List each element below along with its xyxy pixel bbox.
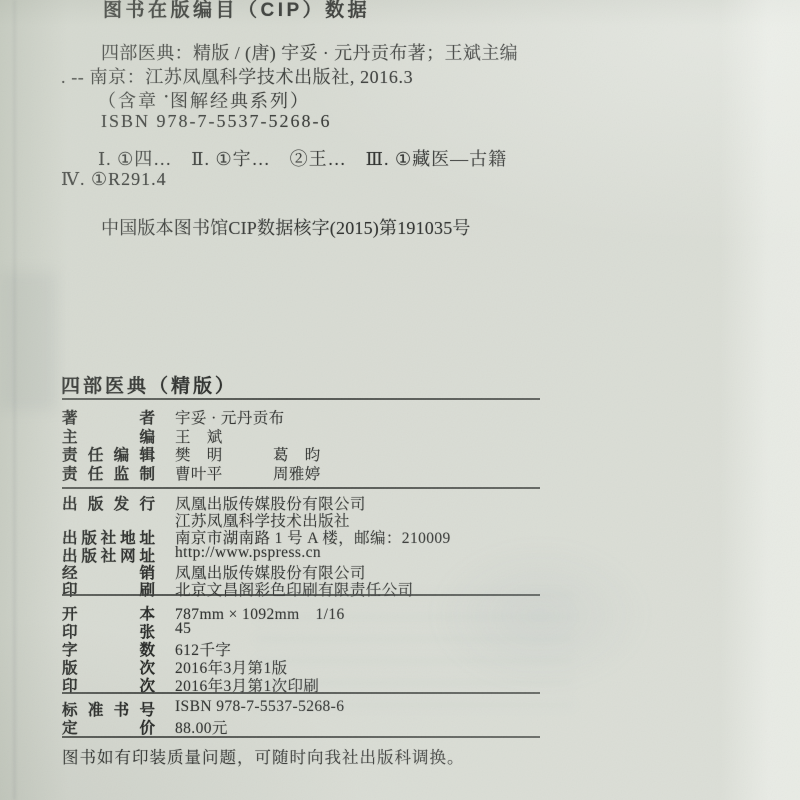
divider-rule — [62, 594, 540, 596]
quality-exchange-note: 图书如有印装质量问题，可随时向我社出版科调换。 — [62, 744, 465, 768]
staff-section: 著者宇妥 · 元丹贡布主编王 斌责任编辑樊 明葛 昀责任监制曹叶平周雅婷 — [62, 406, 321, 480]
colophon-row: 版次2016年3月第1版 — [62, 656, 345, 674]
cip-classification-line2: Ⅳ. ①R291.4 — [61, 169, 167, 190]
publishing-section: 出版发行凤凰出版传媒股份有限公司江苏凤凰科学技术出版社出版社地址南京市湖南路 1… — [62, 492, 451, 595]
cip-entry-line1: 四部医典：精版 / (唐) 宇妥 · 元丹贡布著；王斌主编 — [101, 39, 518, 65]
colophon-row: 著者宇妥 · 元丹贡布 — [62, 406, 321, 425]
colophon-row: 标准书号ISBN 978-7-5537-5268-6 — [62, 698, 344, 716]
colophon-row: 责任编辑樊 明葛 昀 — [62, 443, 321, 462]
row-values: 787mm × 1092mm 1/16 — [175, 602, 345, 624]
row-values: http://www.pspress.cn — [175, 544, 321, 562]
book-title: 四部医典（精版） — [61, 371, 237, 398]
colophon-row: 责任监制曹叶平周雅婷 — [62, 462, 321, 481]
ink-showthrough — [430, 540, 650, 690]
row-label: 出版发行 — [62, 492, 155, 514]
colophon-row: 定价88.00元 — [62, 716, 344, 734]
row-label: 责任监制 — [62, 462, 155, 484]
printing-section: 开本787mm × 1092mm 1/16印张45字数612千字版次2016年3… — [62, 602, 345, 692]
row-value: 曹叶平 — [175, 462, 273, 484]
colophon-row: 开本787mm × 1092mm 1/16 — [62, 602, 345, 620]
colophon-row: 印刷北京文昌阁彩色印刷有限责任公司 — [62, 578, 451, 595]
colophon-row: 印次2016年3月第1次印刷 — [62, 674, 345, 692]
divider-rule — [62, 487, 540, 489]
row-value: 45 — [175, 620, 191, 638]
row-label: 印刷 — [62, 578, 155, 600]
row-label: 定价 — [62, 716, 155, 738]
row-values: ISBN 978-7-5537-5268-6 — [175, 698, 344, 716]
cip-registration-number: 中国版本图书馆CIP数据核字(2015)第191035号 — [101, 214, 471, 240]
colophon-row: 出版社地址南京市湖南路 1 号 A 楼，邮编：210009 — [62, 526, 451, 543]
row-values: 88.00元 — [175, 716, 228, 738]
cip-series-line: （含章 •图解经典系列） — [98, 87, 310, 113]
row-values: 北京文昌阁彩色印刷有限责任公司 — [175, 578, 414, 600]
cip-heading: 图书在版编目（CIP）数据 — [103, 0, 370, 22]
cip-entry-line2: . -- 南京：江苏凤凰科学技术出版社, 2016.3 — [61, 63, 413, 89]
divider-rule — [62, 692, 540, 694]
cip-classification-line1: Ⅰ. ①四… Ⅱ. ①宇… ②王… Ⅲ. ①藏医—古籍 — [98, 145, 507, 171]
colophon-row: 出版发行凤凰出版传媒股份有限公司 — [62, 492, 451, 509]
row-value: ISBN 978-7-5537-5268-6 — [175, 698, 344, 716]
page-crease — [13, 0, 16, 800]
book-copyright-page-photo: 图书在版编目（CIP）数据 四部医典：精版 / (唐) 宇妥 · 元丹贡布著；王… — [0, 0, 800, 800]
paper-shadow-patch — [0, 272, 56, 410]
row-value: 周雅婷 — [273, 462, 321, 484]
row-value: 787mm × 1092mm 1/16 — [175, 602, 345, 624]
row-value: 北京文昌阁彩色印刷有限责任公司 — [175, 578, 414, 600]
colophon-row: 字数612千字 — [62, 638, 345, 656]
row-values: 45 — [175, 620, 191, 638]
cip-series-prefix: （含章 — [98, 91, 165, 111]
row-value: 88.00元 — [175, 716, 228, 738]
cip-isbn-line: ISBN 978-7-5537-5268-6 — [101, 111, 332, 132]
row-value: http://www.pspress.cn — [175, 544, 321, 562]
divider-rule — [62, 736, 540, 738]
divider-rule — [62, 398, 540, 400]
isbn-price-section: 标准书号ISBN 978-7-5537-5268-6定价88.00元 — [62, 698, 344, 734]
cip-series-suffix: 图解经典系列） — [170, 91, 310, 111]
row-values: 曹叶平周雅婷 — [175, 462, 321, 484]
colophon-row: 经销凤凰出版传媒股份有限公司 — [62, 561, 451, 578]
